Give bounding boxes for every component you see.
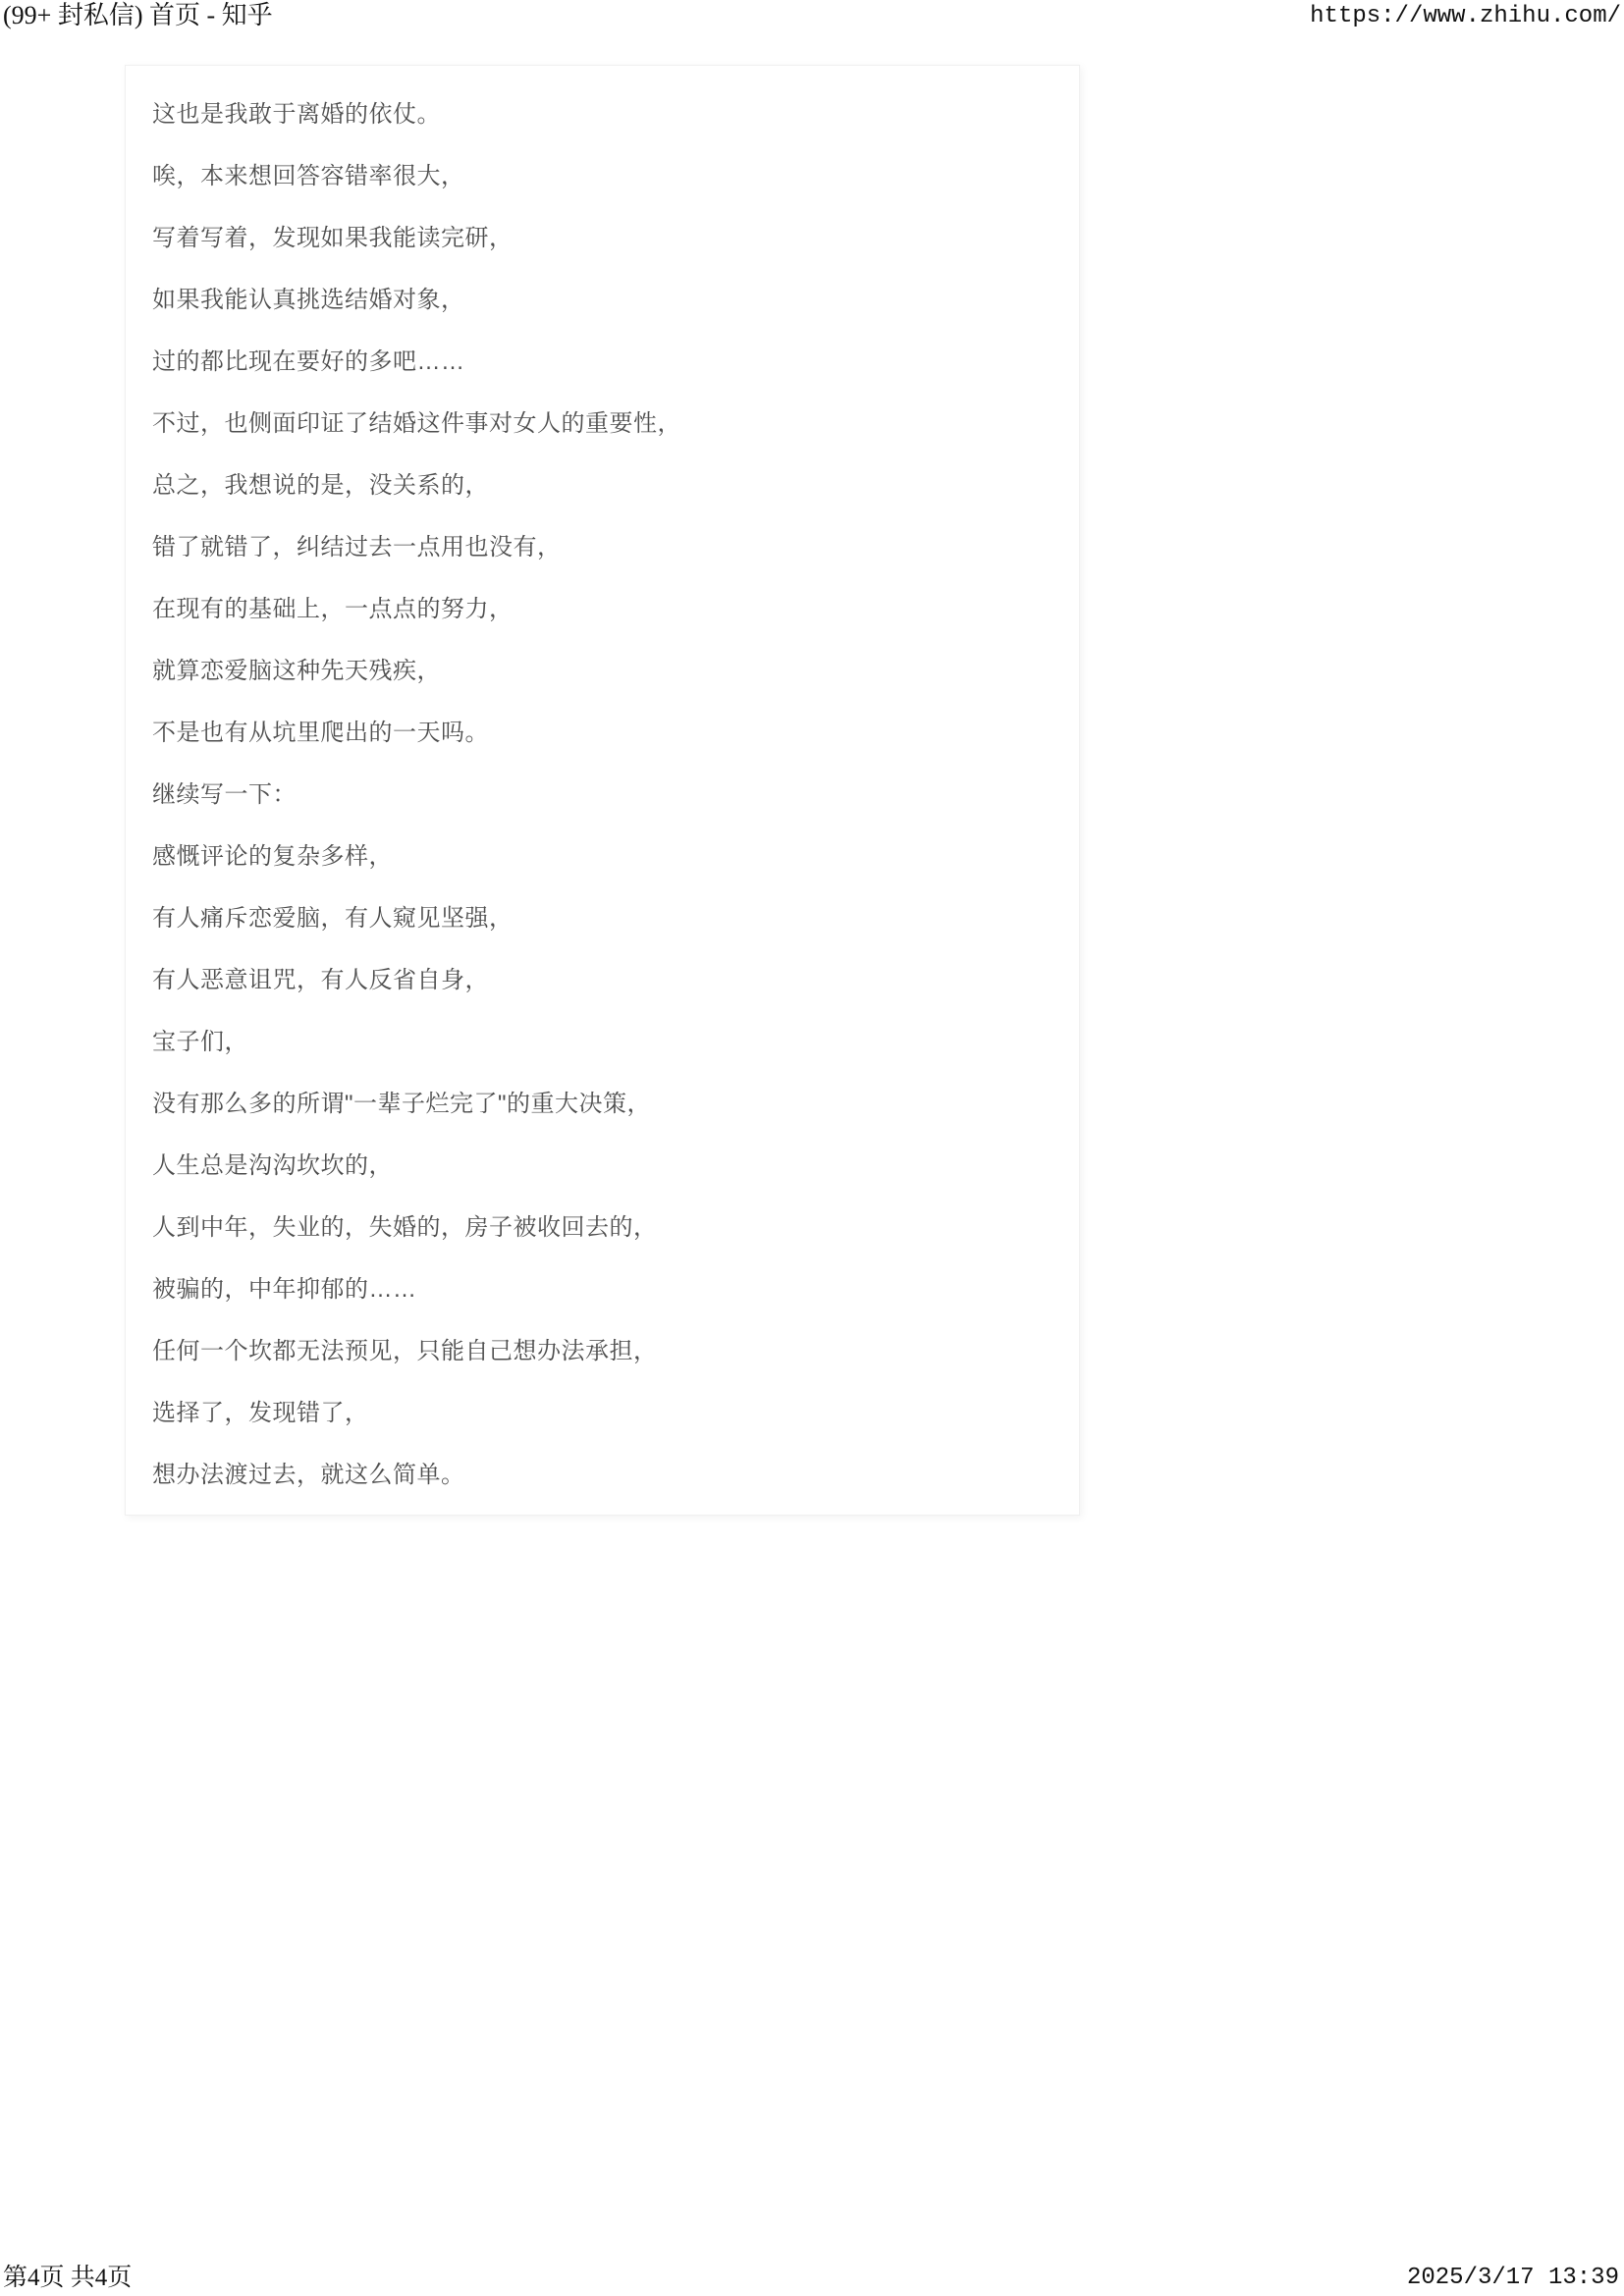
answer-paragraph: 有人恶意诅咒，有人反省自身，: [152, 969, 1050, 992]
answer-paragraphs: 这也是我敢于离婚的依仗。唉，本来想回答容错率很大，写着写着，发现如果我能读完研，…: [152, 103, 1050, 1487]
answer-paragraph: 被骗的，中年抑郁的……: [152, 1278, 1050, 1302]
answer-paragraph: 不是也有从坑里爬出的一天吗。: [152, 721, 1050, 745]
print-footer-page-number: 第4页 共4页: [3, 2264, 132, 2293]
answer-paragraph: 这也是我敢于离婚的依仗。: [152, 103, 1050, 127]
answer-paragraph: 任何一个坎都无法预见，只能自己想办法承担，: [152, 1340, 1050, 1363]
answer-paragraph: 感慨评论的复杂多样，: [152, 845, 1050, 869]
answer-paragraph: 想办法渡过去，就这么简单。: [152, 1464, 1050, 1487]
print-header-title: (99+ 封私信) 首页 - 知乎: [3, 1, 273, 30]
answer-paragraph: 有人痛斥恋爱脑，有人窥见坚强，: [152, 907, 1050, 931]
answer-paragraph: 人到中年，失业的，失婚的，房子被收回去的，: [152, 1216, 1050, 1240]
answer-paragraph: 就算恋爱脑这种先天残疾，: [152, 660, 1050, 683]
answer-paragraph: 宝子们，: [152, 1031, 1050, 1054]
answer-paragraph: 没有那么多的所谓"一辈子烂完了"的重大决策，: [152, 1093, 1050, 1116]
answer-paragraph: 写着写着，发现如果我能读完研，: [152, 227, 1050, 250]
answer-paragraph: 唉，本来想回答容错率很大，: [152, 165, 1050, 188]
print-header-url: https://www.zhihu.com/: [1310, 3, 1621, 30]
answer-paragraph: 人生总是沟沟坎坎的，: [152, 1154, 1050, 1178]
answer-paragraph: 过的都比现在要好的多吧……: [152, 350, 1050, 374]
answer-paragraph: 在现有的基础上，一点点的努力，: [152, 598, 1050, 621]
answer-paragraph: 总之，我想说的是，没关系的，: [152, 474, 1050, 498]
answer-paragraph: 继续写一下：: [152, 783, 1050, 807]
answer-paragraph: 错了就错了，纠结过去一点用也没有，: [152, 536, 1050, 560]
answer-card: 这也是我敢于离婚的依仗。唉，本来想回答容错率很大，写着写着，发现如果我能读完研，…: [125, 65, 1080, 1516]
answer-paragraph: 选择了，发现错了，: [152, 1402, 1050, 1425]
answer-paragraph: 如果我能认真挑选结婚对象，: [152, 289, 1050, 312]
answer-paragraph: 不过，也侧面印证了结婚这件事对女人的重要性，: [152, 412, 1050, 436]
print-footer-timestamp: 2025/3/17 13:39: [1407, 2264, 1619, 2293]
